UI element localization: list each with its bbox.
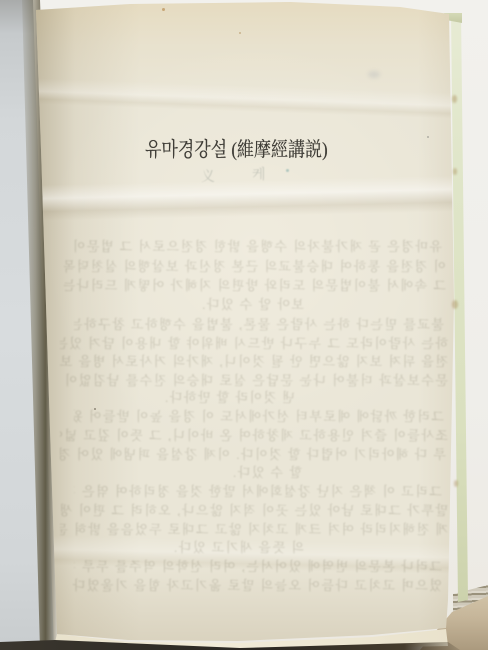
bleed-through-line: 보아 알 수 있다.	[176, 294, 304, 311]
faint-mark: 义	[201, 166, 215, 186]
bleed-through-line: 그 속에서 불이법문의 도리와 방편의 지혜가 어떻게 드러나는가,	[64, 275, 446, 292]
cover-stain	[453, 168, 457, 175]
book-photo: 유마경강설 (維摩經講説) 유마경은 곧 재가불자의 수행을 밝힌 경전으로서 …	[0, 0, 488, 650]
bleed-through-text: 유마경은 곧 재가불자의 수행을 밝힌 경전으로서 그 법문이 깊어이 경전을 …	[58, 230, 450, 590]
cover-stain	[454, 480, 458, 487]
bleed-through-line: 할 수 있다.	[176, 462, 302, 479]
bleed-through-line: 말투가 그대로 남아 있는 곳이 적지 않으나, 오히려 그 편이 생생하	[60, 500, 448, 517]
bleed-through-line: 이 경전을 통하여 대승불교의 근본 정신과 보살행의 실천덕목이,	[64, 256, 446, 273]
book-page: 유마경강설 (維摩經講説) 유마경은 곧 재가불자의 수행을 밝힌 경전으로서 …	[0, 0, 488, 650]
bleed-through-line: 의 뜻을 새기고 있다.	[174, 537, 304, 554]
faint-mark: 케	[252, 164, 266, 184]
foxing-spot	[162, 8, 165, 11]
bleed-through-line: 그리고 이 책은 지난 강설회에서 말한 것을 정리하여 엮은 것이라	[74, 481, 442, 498]
cover-stain	[452, 300, 458, 309]
bleed-through-line: 조사들이 즐겨 인용하고 제창하여 온 바이니, 그 뜻이 깊고 넓어 이	[60, 425, 448, 442]
cover-stain	[452, 95, 457, 103]
bleed-through-line: 불교를 믿는다 하는 사람은 물론, 불법을 수행하고 참구하는 이라	[74, 314, 444, 331]
bleed-through-line: 전을 뒤져 보지 않으면 안 될 것이니, 재가의 거사로서 병을 보이어	[60, 351, 448, 368]
ink-dot	[286, 169, 289, 172]
pencil-smudge	[368, 71, 380, 78]
page-title: 유마경강설 (維摩經講説)	[145, 133, 328, 159]
bleed-through-line: 문수보살과 더불어 나눈 문답은 실로 대승의 진수를 남김없이 드러	[60, 370, 448, 387]
bleed-through-line: 게 전해지리라 여겨 크게 고치지 않고 그대로 두었음을 밝혀 둔다	[60, 519, 448, 536]
bleed-through-line: 유마경은 곧 재가불자의 수행을 밝힌 경전으로서 그 법문이 깊어	[74, 236, 442, 253]
foxing-spot	[239, 32, 241, 34]
bleed-through-line: 였으며 고치고 다듬어 오늘의 말로 옮기고자 힘을 기울였다	[60, 575, 442, 592]
bleed-through-line: 그러한 까닭에 예로부터 선가에서도 이 경을 높이 받들어 왔으며	[74, 406, 444, 423]
bleed-through-line: 루 다 헤아리기 어렵다 할 것이다. 이제 강설을 펴냄에 있어 경문	[60, 444, 446, 461]
bleed-through-line: 낸 것이라 할 만하다.	[120, 387, 295, 404]
bleed-through-line: 그러나 본문의 번역에 있어서는, 여러 선학의 역주를 두루 참고하	[74, 556, 442, 573]
bleed-through-line: 하는 사람이라도 그 누구나 반드시 배워야 할 내용이 담겨 있는 경	[60, 333, 448, 350]
foxing-spot	[427, 136, 429, 138]
foxing-spot	[94, 408, 96, 410]
